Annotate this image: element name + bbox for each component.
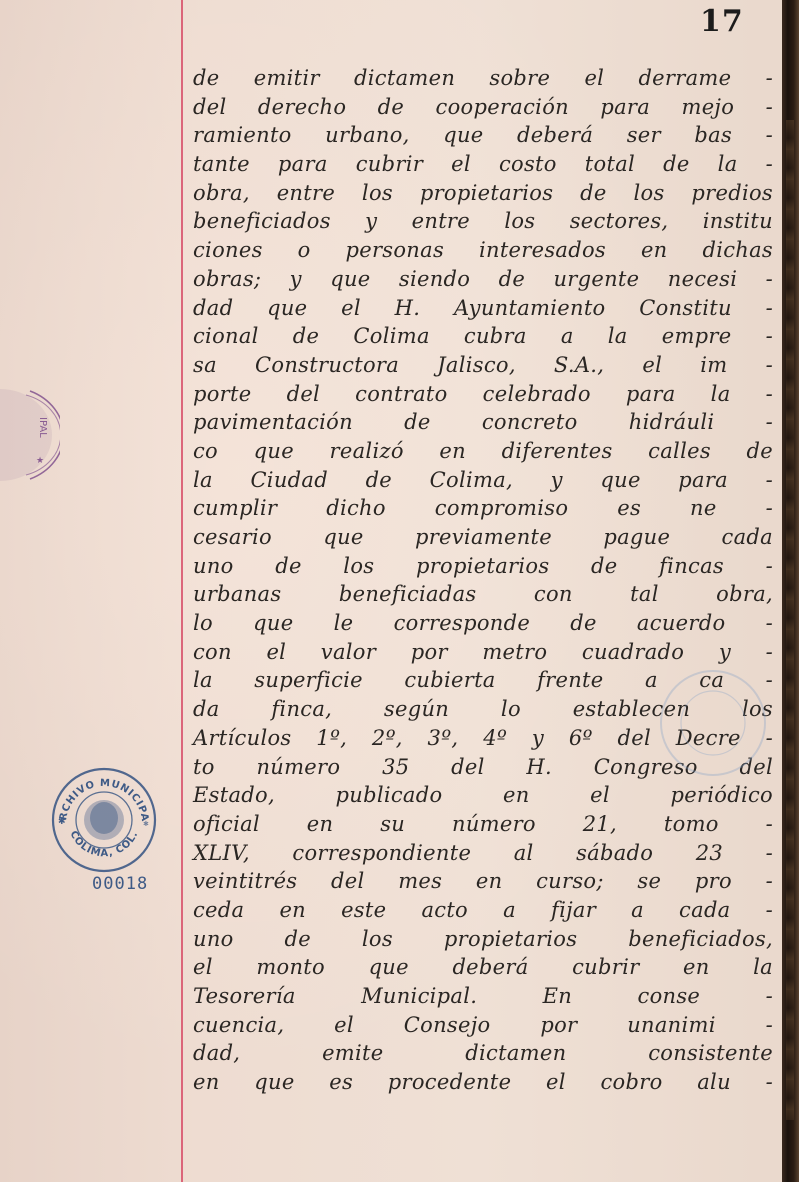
text-line: de emitir dictamen sobre el derrame - bbox=[193, 64, 773, 93]
text-line: oficial en su número 21, tomo - bbox=[193, 810, 773, 839]
text-line: cesario que previamente pague cada bbox=[193, 523, 773, 552]
text-line: veintitrés del mes en curso; se pro - bbox=[193, 867, 773, 896]
book-binding-edge bbox=[782, 0, 799, 1182]
text-line: en que es procedente el cobro alu - bbox=[193, 1068, 773, 1097]
text-line: co que realizó en diferentes calles de bbox=[193, 437, 773, 466]
text-line: el monto que deberá cubrir en la bbox=[193, 953, 773, 982]
text-line: ramiento urbano, que deberá ser bas - bbox=[193, 121, 773, 150]
text-line: del derecho de cooperación para mejo - bbox=[193, 93, 773, 122]
text-line: porte del contrato celebrado para la - bbox=[193, 380, 773, 409]
ledger-page: 17 de emitir dictamen sobre el derrame -… bbox=[0, 0, 799, 1182]
text-line: lo que le corresponde de acuerdo - bbox=[193, 609, 773, 638]
text-line: cumplir dicho compromiso es ne - bbox=[193, 494, 773, 523]
text-line: pavimentación de concreto hidráuli - bbox=[193, 408, 773, 437]
text-line: cional de Colima cubra a la empre - bbox=[193, 322, 773, 351]
text-line: sa Constructora Jalisco, S.A., el im - bbox=[193, 351, 773, 380]
text-line: uno de los propietarios de fincas - bbox=[193, 552, 773, 581]
text-line: uno de los propietarios beneficiados, bbox=[193, 925, 773, 954]
text-line: con el valor por metro cuadrado y - bbox=[193, 638, 773, 667]
red-margin-line bbox=[181, 0, 183, 1182]
text-line: dad que el H. Ayuntamiento Constitu - bbox=[193, 294, 773, 323]
text-line: Tesorería Municipal. En conse - bbox=[193, 982, 773, 1011]
text-line: XLIV, correspondiente al sábado 23 - bbox=[193, 839, 773, 868]
svg-text:IPAL: IPAL bbox=[37, 417, 48, 438]
folio-number: 00018 bbox=[92, 874, 148, 894]
text-line: ciones o personas interesados en dichas bbox=[193, 236, 773, 265]
text-line: tante para cubrir el costo total de la - bbox=[193, 150, 773, 179]
text-line: urbanas beneficiadas con tal obra, bbox=[193, 580, 773, 609]
svg-text:✱: ✱ bbox=[143, 820, 149, 828]
text-line: obras; y que siendo de urgente necesi - bbox=[193, 265, 773, 294]
text-line: cuencia, el Consejo por unanimi - bbox=[193, 1011, 773, 1040]
text-line: obra, entre los propietarios de los pred… bbox=[193, 179, 773, 208]
text-line: dad, emite dictamen consistente bbox=[193, 1039, 773, 1068]
faint-seal-bleedthrough bbox=[658, 668, 768, 778]
text-line: la Ciudad de Colima, y que para - bbox=[193, 466, 773, 495]
svg-text:★: ★ bbox=[36, 456, 44, 466]
archivo-municipal-seal: ARCHIVO MUNICIPAL COLIMA, COL. ✱ ✱ bbox=[50, 766, 158, 874]
handwritten-text: de emitir dictamen sobre el derrame - de… bbox=[193, 64, 773, 1097]
svg-text:✱: ✱ bbox=[58, 817, 66, 827]
page-number: 17 bbox=[700, 4, 744, 39]
text-line: beneficiados y entre los sectores, insti… bbox=[193, 207, 773, 236]
text-line: ceda en este acto a fijar a cada - bbox=[193, 896, 773, 925]
partial-seal-stamp: IPAL ★ bbox=[0, 385, 60, 485]
text-line: Estado, publicado en el periódico bbox=[193, 781, 773, 810]
